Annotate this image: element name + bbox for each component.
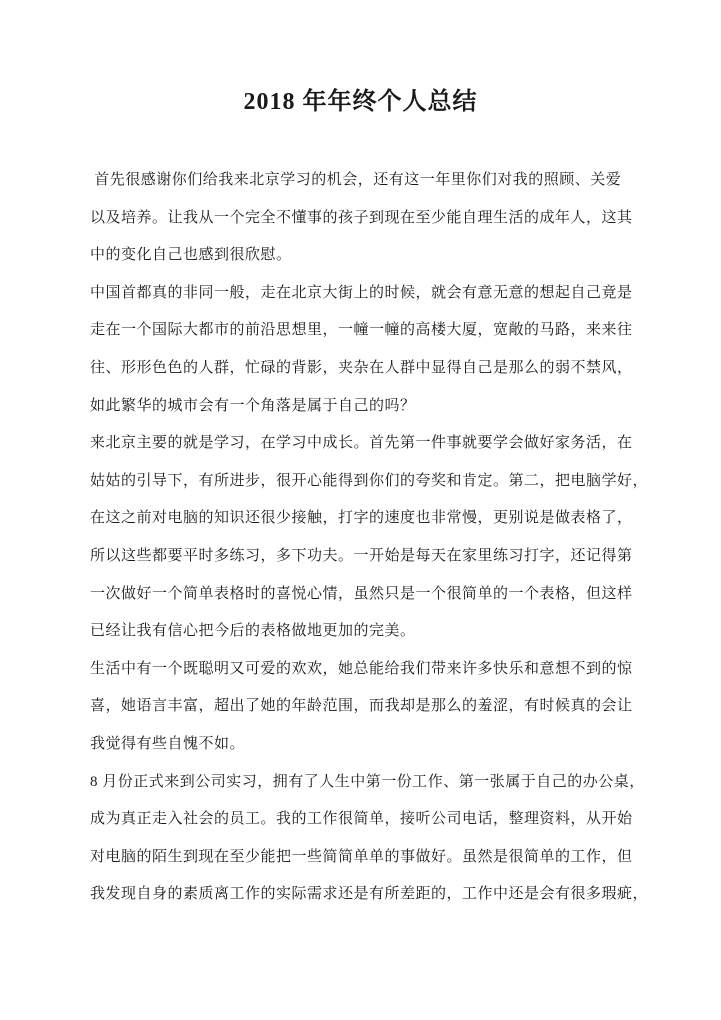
text-line: 中的变化自己也感到很欣慰。	[90, 237, 636, 275]
text-line: 以及培养。让我从一个完全不懂事的孩子到现在至少能自理生活的成年人，这其	[90, 200, 636, 238]
document-page: 2018 年年终个人总结 首先很感谢你们给我来北京学习的机会，还有这一年里你们对…	[0, 0, 721, 1020]
text-line: 一次做好一个简单表格时的喜悦心情，虽然只是一个很简单的一个表格，但这样	[90, 576, 636, 614]
paragraph: 首先很感谢你们给我来北京学习的机会，还有这一年里你们对我的照顾、关爱以及培养。让…	[90, 162, 636, 275]
paragraph: 8 月份正式来到公司实习，拥有了人生中第一份工作、第一张属于自己的办公桌，成为真…	[90, 764, 636, 914]
text-line: 生活中有一个既聪明又可爱的欢欢，她总能给我们带来许多快乐和意想不到的惊	[90, 651, 636, 689]
text-line: 姑姑的引导下，有所进步，很开心能得到你们的夸奖和肯定。第二，把电脑学好，	[90, 463, 636, 501]
paragraph: 来北京主要的就是学习，在学习中成长。首先第一件事就要学会做好家务活，在姑姑的引导…	[90, 425, 636, 651]
document-body: 首先很感谢你们给我来北京学习的机会，还有这一年里你们对我的照顾、关爱以及培养。让…	[0, 162, 721, 914]
text-line: 我发现自身的素质离工作的实际需求还是有所差距的，工作中还是会有很多瑕疵，	[90, 876, 636, 914]
text-line: 在这之前对电脑的知识还很少接触，打字的速度也非常慢，更别说是做表格了，	[90, 500, 636, 538]
text-line: 如此繁华的城市会有一个角落是属于自己的吗？	[90, 388, 636, 426]
paragraph: 生活中有一个既聪明又可爱的欢欢，她总能给我们带来许多快乐和意想不到的惊喜，她语言…	[90, 651, 636, 764]
text-line: 往、形形色色的人群，忙碌的背影，夹杂在人群中显得自己是那么的弱不禁风，	[90, 350, 636, 388]
text-line: 8 月份正式来到公司实习，拥有了人生中第一份工作、第一张属于自己的办公桌，	[90, 764, 636, 802]
text-line: 所以这些都要平时多练习，多下功夫。一开始是每天在家里练习打字，还记得第	[90, 538, 636, 576]
text-line: 我觉得有些自愧不如。	[90, 726, 636, 764]
text-line: 走在一个国际大都市的前沿思想里，一幢一幢的高楼大厦，宽敞的马路，来来往	[90, 312, 636, 350]
document-title: 2018 年年终个人总结	[0, 0, 721, 120]
text-line: 已经让我有信心把今后的表格做地更加的完美。	[90, 613, 636, 651]
text-line: 中国首都真的非同一般，走在北京大街上的时候，就会有意无意的想起自己竟是	[90, 275, 636, 313]
text-line: 对电脑的陌生到现在至少能把一些简简单单的事做好。虽然是很简单的工作，但	[90, 839, 636, 877]
text-line: 来北京主要的就是学习，在学习中成长。首先第一件事就要学会做好家务活，在	[90, 425, 636, 463]
text-line: 成为真正走入社会的员工。我的工作很简单，接听公司电话，整理资料，从开始	[90, 801, 636, 839]
paragraph: 中国首都真的非同一般，走在北京大街上的时候，就会有意无意的想起自己竟是走在一个国…	[90, 275, 636, 425]
text-line: 首先很感谢你们给我来北京学习的机会，还有这一年里你们对我的照顾、关爱	[90, 162, 636, 200]
text-line: 喜，她语言丰富，超出了她的年龄范围，而我却是那么的羞涩，有时候真的会让	[90, 688, 636, 726]
